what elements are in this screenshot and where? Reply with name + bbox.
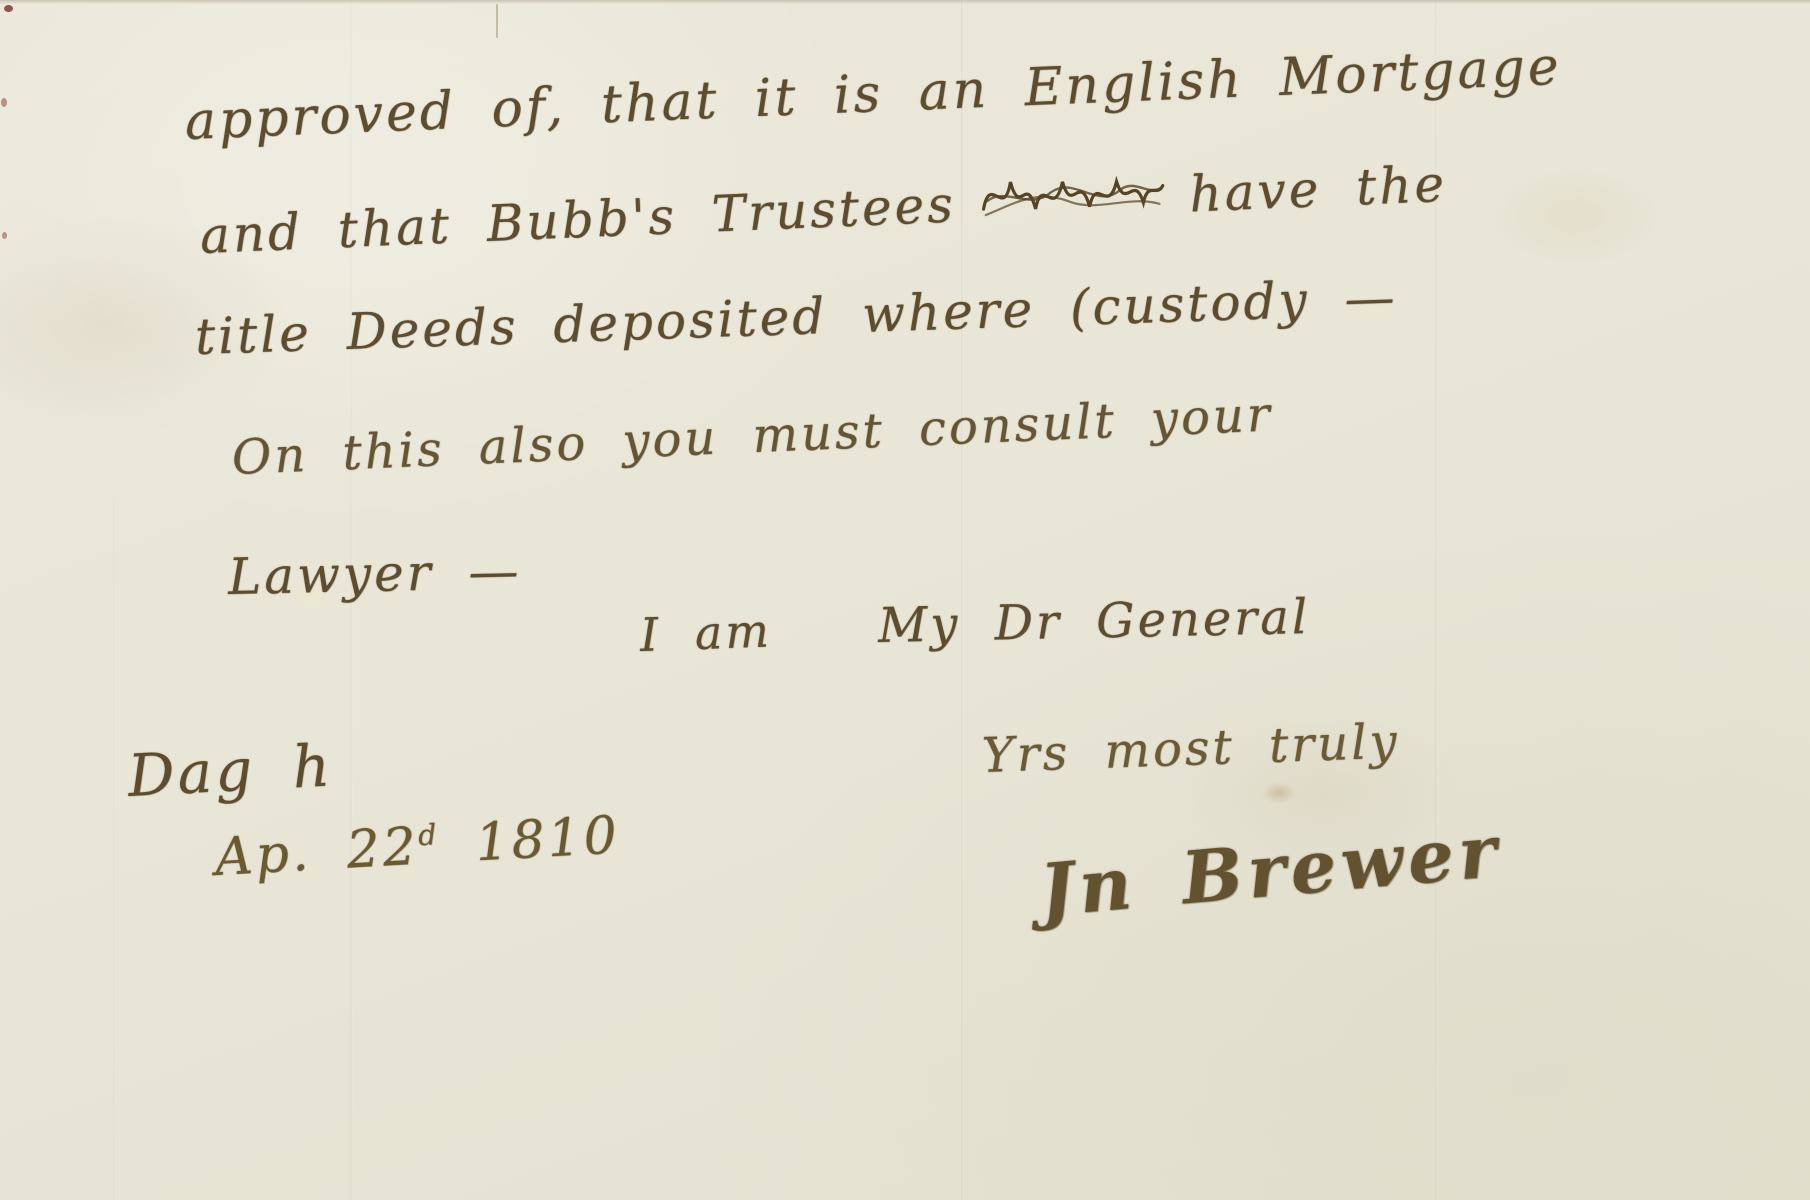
date-day: Ap. 22 <box>213 817 420 888</box>
fold-crease-minor <box>113 500 116 1200</box>
paper-edge-speck <box>1 98 7 107</box>
place-line: Dag h <box>126 731 334 810</box>
paper-edge-speck <box>4 5 13 12</box>
letter-line-5: Lawyer — <box>227 542 522 606</box>
letter-line-2-text-after-scribble: have the <box>1188 155 1448 224</box>
date-line: Ap. 22d 1810 <box>213 805 621 888</box>
date-year: 1810 <box>474 805 621 873</box>
closing-my-dear-general: My Dr General <box>877 589 1310 654</box>
signature: Jn Brewer <box>1036 808 1504 933</box>
letter-line-2: and that Bubb's Trustees have the <box>198 146 1448 274</box>
closing-i-am: I am <box>639 603 773 662</box>
letter-line-4: On this also you must consult your <box>231 386 1274 486</box>
letter-scan-page: approved of, that it is an English Mortg… <box>0 0 1810 1200</box>
paper-top-edge-shadow <box>0 0 1810 4</box>
paper-scratch-mark <box>496 4 498 38</box>
letter-line-1: approved of, that it is an English Mortg… <box>184 37 1563 152</box>
letter-line-2-text-before-scribble: and that Bubb's Trustees <box>199 175 957 265</box>
date-ordinal-superscript: d <box>417 817 440 852</box>
paper-stain <box>1262 782 1296 804</box>
scribbled-out-word <box>976 157 1169 241</box>
closing-yours-most-truly: Yrs most truly <box>981 713 1400 784</box>
letter-line-3: title Deeds deposited where (custody — <box>194 268 1398 366</box>
paper-edge-speck <box>2 232 7 239</box>
